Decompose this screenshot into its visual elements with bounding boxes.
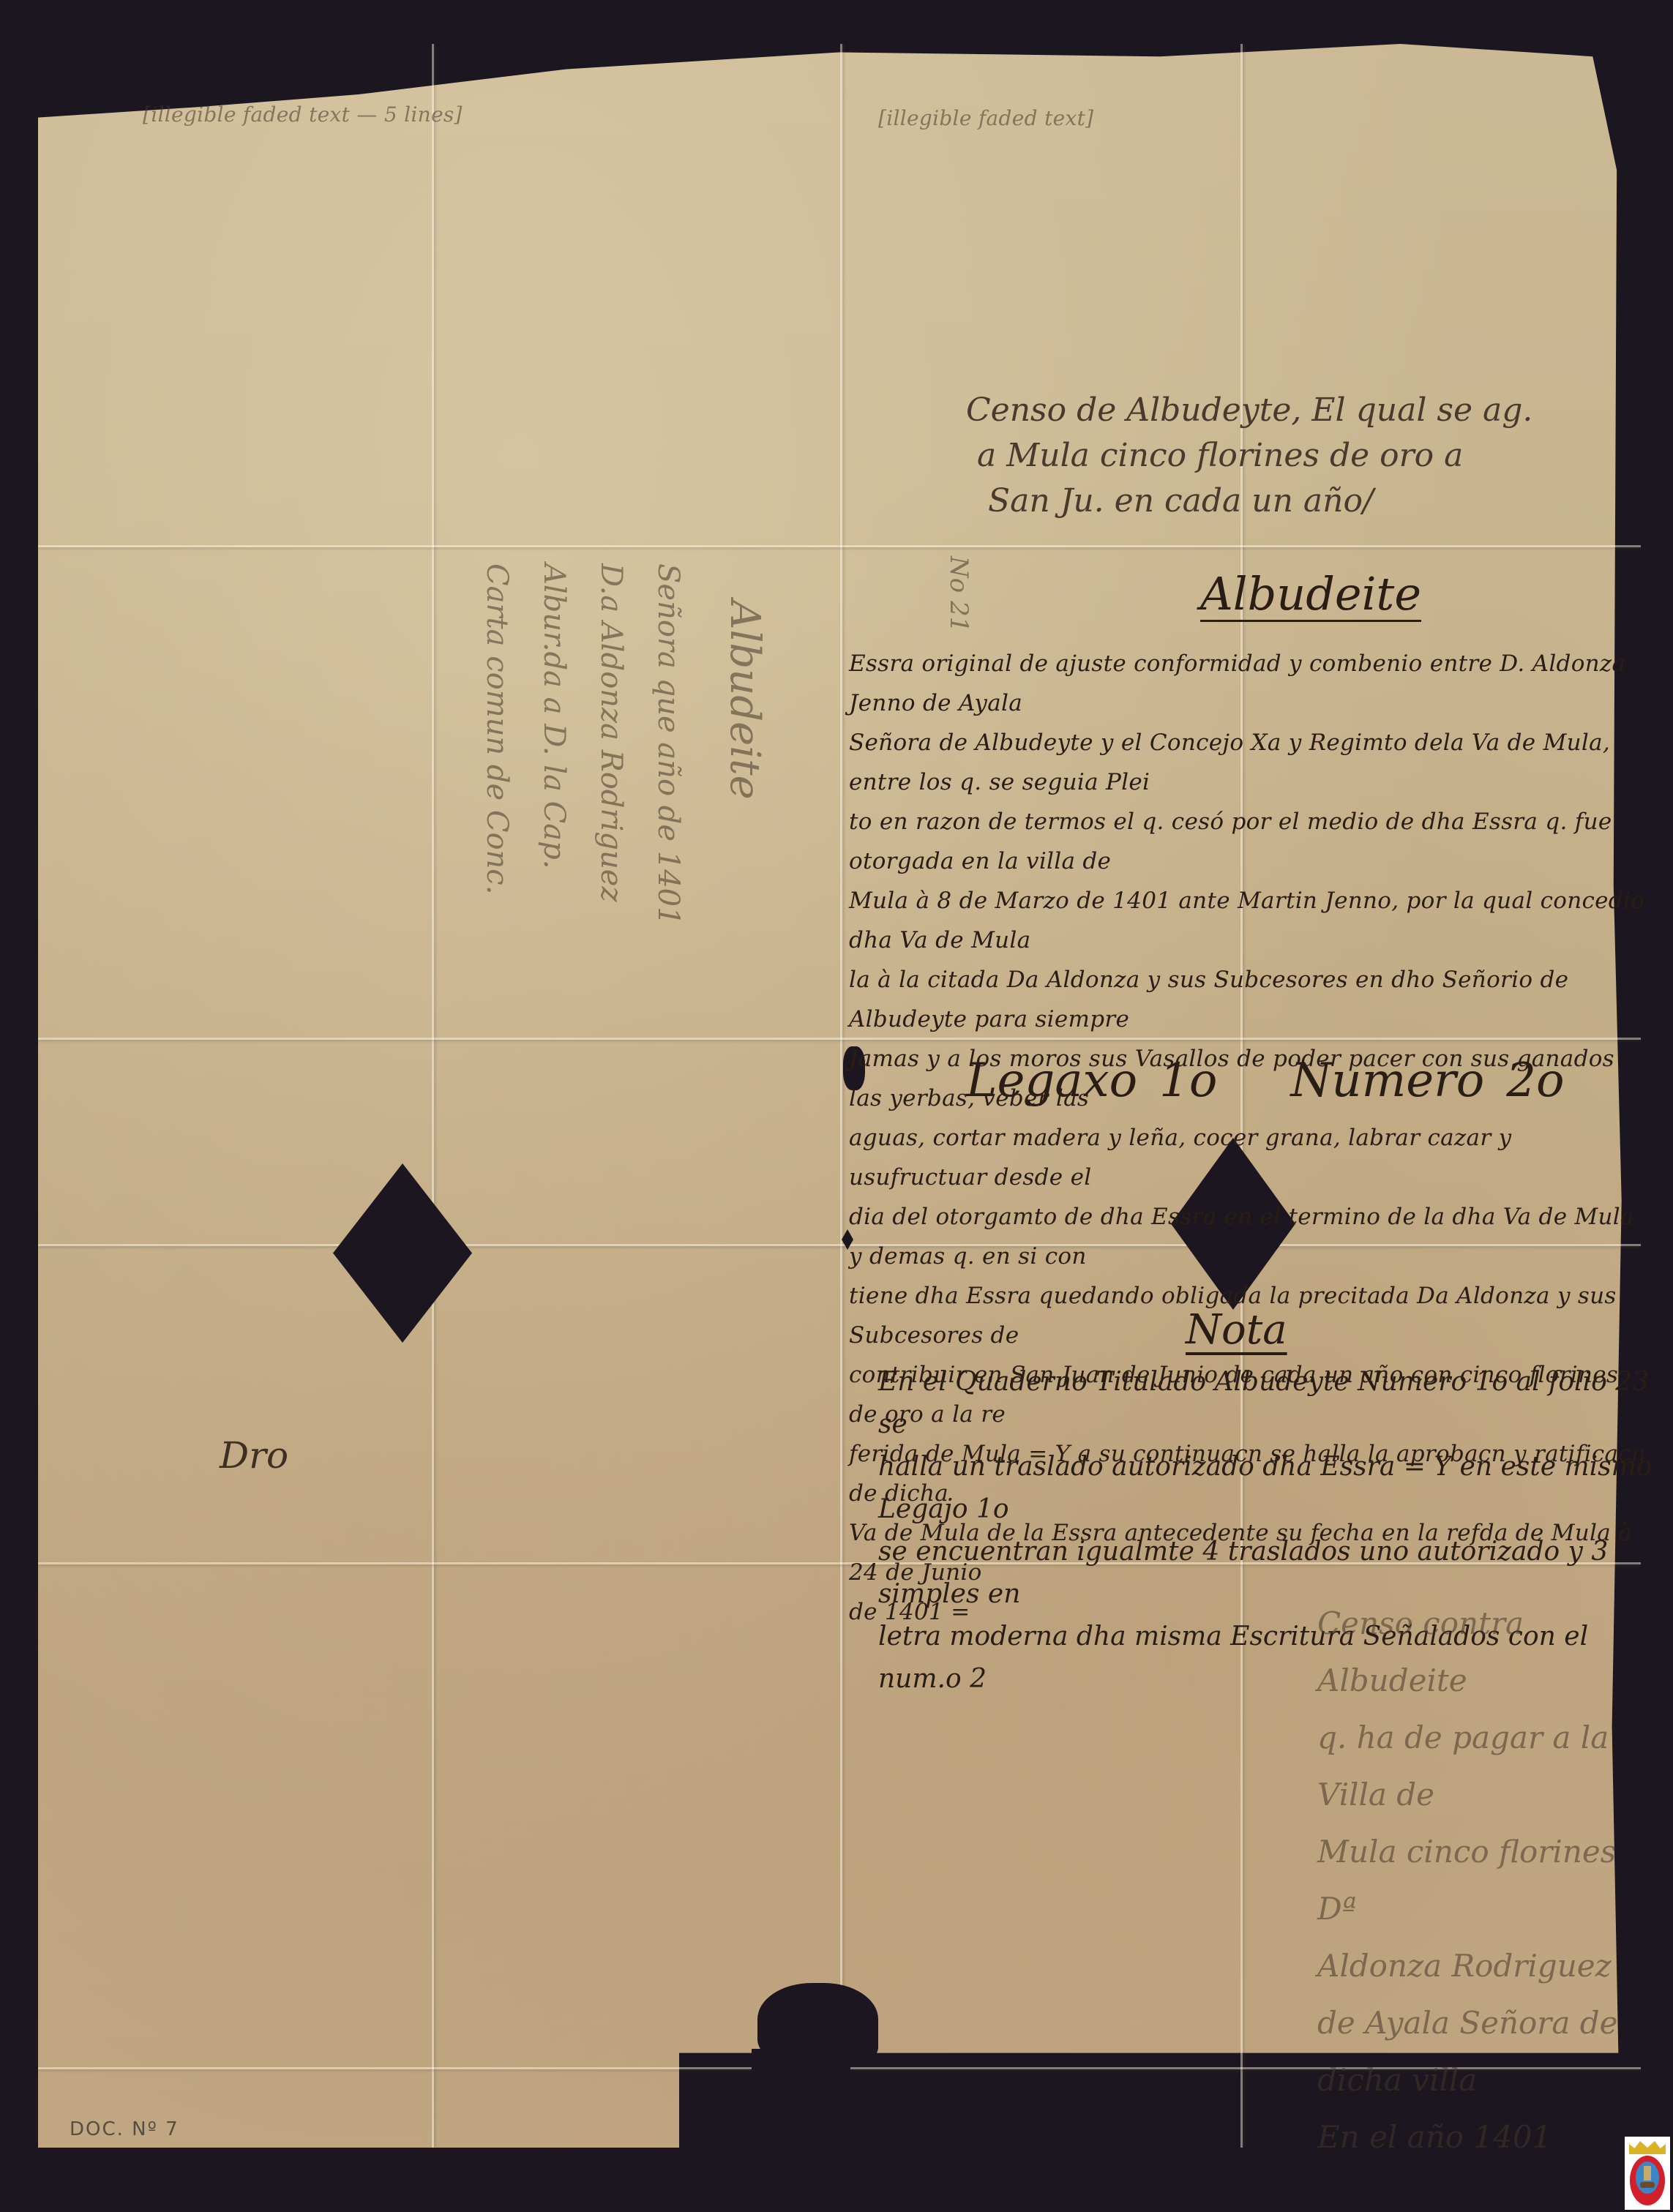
faded-line: dicha villa xyxy=(1317,2052,1639,2109)
mule-icon xyxy=(1640,2182,1655,2188)
margin-number: No 21 xyxy=(944,556,973,632)
coat-of-arms-icon xyxy=(1625,2137,1670,2210)
entry-line: la à la citada Da Aldonza y sus Subcesor… xyxy=(849,960,1647,1039)
bottom-right-faded-text: Censo contra Albudeite q. ha de pagar a … xyxy=(1317,1595,1639,2166)
legajo-number: 1o xyxy=(1159,1054,1217,1108)
censo-line: a Mula cinco florines de oro a xyxy=(966,433,1625,479)
vertical-line: D.a Aldonza Rodriguez xyxy=(583,563,640,1039)
entry-line: Señora de Albudeyte y el Concejo Xa y Re… xyxy=(849,723,1647,802)
faded-line: Censo contra Albudeite xyxy=(1317,1595,1639,1709)
top-left-faded-text: [illegible faded text — 5 lines] xyxy=(143,99,801,131)
crown-icon xyxy=(1629,2140,1666,2154)
nota-line: halla un traslado autorizado dha Essra =… xyxy=(878,1446,1654,1531)
fold-line-vertical xyxy=(432,44,434,2148)
faded-line: Aldonza Rodriguez xyxy=(1317,1938,1639,1995)
entry-line: dia del otorgamto de dha Essra en el ter… xyxy=(849,1197,1647,1276)
faded-line: En el año 1401 xyxy=(1317,2109,1639,2166)
vertical-line: Albur.da a D. la Cap. xyxy=(525,563,583,1039)
faded-line: Mula cinco florines Dª xyxy=(1317,1823,1639,1938)
legajo-word: Legaxo xyxy=(966,1054,1137,1108)
fold-line-horizontal xyxy=(38,545,1641,547)
vertical-text-block: Señora que año de 1401 D.a Aldonza Rodri… xyxy=(468,563,697,1039)
entry-line: aguas, cortar madera y leña, cocer grana… xyxy=(849,1118,1647,1197)
vertical-line: Carta comun de Conc. xyxy=(468,563,525,1039)
censo-line: Censo de Albudeyte, El qual se ag. xyxy=(966,388,1625,433)
hole-small xyxy=(893,2118,919,2151)
tower-icon xyxy=(1644,2166,1651,2181)
faded-line: q. ha de pagar a la Villa de xyxy=(1317,1709,1639,1823)
nota-title: Nota xyxy=(1186,1306,1287,1354)
entry-title: Albudeite xyxy=(1200,567,1421,621)
vertical-title: Albudeite xyxy=(721,600,768,1010)
censo-note: Censo de Albudeyte, El qual se ag. a Mul… xyxy=(966,388,1625,524)
shield-icon xyxy=(1630,2156,1665,2205)
margin-mark: Dro xyxy=(220,1434,288,1477)
numero-value: 2o xyxy=(1506,1054,1564,1108)
censo-line: San Ju. en cada un año/ xyxy=(966,479,1625,524)
numero-word: Numero xyxy=(1290,1054,1484,1108)
vertical-line: Señora que año de 1401 xyxy=(640,563,697,1039)
entry-line: Essra original de ajuste conformidad y c… xyxy=(849,644,1647,723)
hole-bottom-notch xyxy=(752,2049,850,2212)
entry-line: to en razon de termos el q. cesó por el … xyxy=(849,802,1647,881)
fold-line-vertical xyxy=(840,44,842,2148)
faded-line: de Ayala Señora de xyxy=(1317,1995,1639,2052)
legajo-label: Legaxo 1o Numero 2o xyxy=(966,1054,1565,1108)
doc-number-label: DOC. Nº 7 xyxy=(70,2118,179,2140)
nota-line: En el Quaderno Titulado Albudeyte Numero… xyxy=(878,1361,1654,1446)
top-right-faded-text: [illegible faded text] xyxy=(878,102,1537,135)
entry-line: Mula à 8 de Marzo de 1401 ante Martin Je… xyxy=(849,881,1647,960)
